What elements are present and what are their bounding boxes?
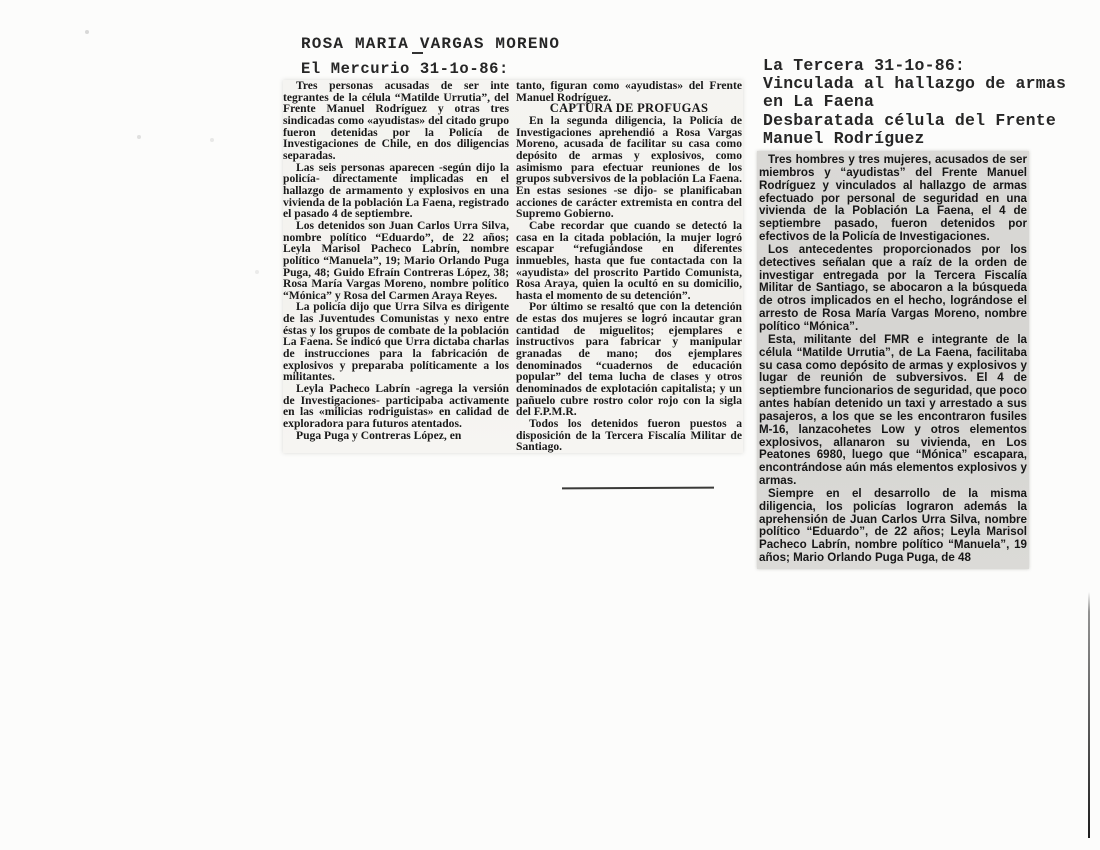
tercera-headline-1: Vinculada al hallazgo de armas en La Fae… [763, 75, 1088, 111]
mercurio-paragraph: Los detenidos son Juan Carlos Urra Silva… [283, 220, 509, 302]
tercera-header: La Tercera 31-1o-86: Vinculada al hallaz… [763, 57, 1088, 148]
tercera-paragraph: Siempre en el desarrollo de la misma dil… [759, 488, 1027, 565]
mercurio-column-1: Tres personas acusadas de ser inte tegra… [283, 80, 509, 453]
mercurio-paragraph: En la segunda diligencia, la Policía de … [516, 115, 742, 220]
tercera-paragraph: Tres hombres y tres mujeres, acusados de… [759, 154, 1027, 244]
mercurio-clipping: Tres personas acusadas de ser inte tegra… [283, 80, 743, 453]
mercurio-paragraph: Tres personas acusadas de ser inte tegra… [283, 80, 509, 162]
mercurio-paragraph: Puga Puga y Contreras López, en [283, 430, 509, 442]
tercera-clipping: Tres hombres y tres mujeres, acusados de… [757, 151, 1029, 569]
mercurio-source-line: El Mercurio 31-1o-86: [301, 60, 509, 78]
tercera-headline-2: Desbaratada célula del Frente Manuel Rod… [763, 112, 1088, 148]
scan-specks [85, 30, 89, 34]
scanned-document-page: ROSA MARIA VARGAS MORENO El Mercurio 31-… [0, 0, 1100, 850]
mercurio-paragraph: Por último se resaltó que con la detenci… [516, 301, 742, 418]
subject-name-header: ROSA MARIA VARGAS MORENO [301, 35, 560, 53]
mercurio-paragraph: La policía dijo que Urra Silva es dirige… [283, 301, 509, 383]
mercurio-paragraph-continuation: tanto, figuran como «ayudistas» del Fren… [516, 80, 742, 103]
mercurio-paragraph: Leyla Pacheco Labrín -agrega la versión … [283, 383, 509, 430]
tercera-paragraph: Los antecedentes proporcionados por los … [759, 244, 1027, 334]
mercurio-paragraph: Las seis personas aparecen -según dijo l… [283, 162, 509, 220]
tercera-paragraph: Esta, militante del FMR e integrante de … [759, 334, 1027, 488]
tercera-source-line: La Tercera 31-1o-86: [763, 57, 1088, 75]
underline-mark [412, 52, 423, 54]
mercurio-column-2: tanto, figuran como «ayudistas» del Fren… [516, 80, 742, 453]
mercurio-paragraph: Todos los detenidos fueron puestos a dis… [516, 418, 742, 453]
clipping-bottom-rule [562, 487, 714, 490]
mercurio-paragraph: Cabe recordar que cuando se detectó la c… [516, 220, 742, 302]
scan-artifact-line [1088, 592, 1090, 838]
